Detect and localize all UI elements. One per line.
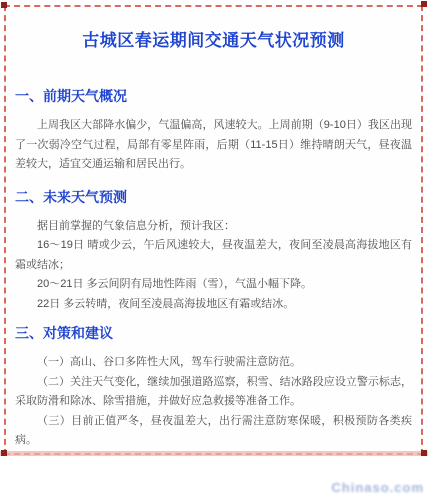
paragraph: 上周我区大部降水偏少，气温偏高，风速较大。上周前期（9-10日）我区出现了一次弱… xyxy=(15,116,412,175)
corner-marker-bottom-left xyxy=(1,450,7,456)
paragraph: （一）高山、谷口多阵性大风，驾车行驶需注意防范。 xyxy=(15,353,412,373)
corner-marker-bottom-right xyxy=(421,450,427,456)
section-heading-suggestions: 三、对策和建议 xyxy=(15,325,412,341)
paragraph: （三）目前正值严冬，昼夜温差大，出行需注意防寒保暖，积极预防各类疾病。 xyxy=(15,412,412,451)
paragraph: 16～19日 晴或少云，午后风速较大，昼夜温差大，夜间至凌晨高海拔地区有霜或结冰… xyxy=(15,236,412,275)
paragraph: 22日 多云转晴，夜间至凌晨高海拔地区有霜或结冰。 xyxy=(15,295,412,315)
site-watermark: Chinaso.com xyxy=(331,480,424,495)
section-future-forecast: 二、未来天气预测 据目前掌握的气象信息分析，预计我区： 16～19日 晴或少云，… xyxy=(15,189,412,315)
corner-marker-top-left xyxy=(1,2,7,8)
section-previous-weather: 一、前期天气概况 上周我区大部降水偏少，气温偏高，风速较大。上周前期（9-10日… xyxy=(15,88,412,175)
section-suggestions: 三、对策和建议 （一）高山、谷口多阵性大风，驾车行驶需注意防范。 （二）关注天气… xyxy=(15,325,412,451)
document-frame: 古城区春运期间交通天气状况预测 一、前期天气概况 上周我区大部降水偏少，气温偏高… xyxy=(4,5,423,455)
paragraph: 20～21日 多云间阴有局地性阵雨（雪），气温小幅下降。 xyxy=(15,275,412,295)
paragraph: （二）关注天气变化，继续加强道路巡察，积雪、结冰路段应设立警示标志，采取防滑和除… xyxy=(15,373,412,412)
section-heading-previous-weather: 一、前期天气概况 xyxy=(15,88,412,104)
page-title: 古城区春运期间交通天气状况预测 xyxy=(15,30,412,52)
corner-marker-top-right xyxy=(421,1,427,7)
document-page: { "title": "古城区春运期间交通天气状况预测", "sections"… xyxy=(0,0,428,500)
section-heading-future-forecast: 二、未来天气预测 xyxy=(15,189,412,205)
bottom-shadow-band xyxy=(0,451,428,456)
paragraph: 据目前掌握的气象信息分析，预计我区： xyxy=(15,217,412,237)
